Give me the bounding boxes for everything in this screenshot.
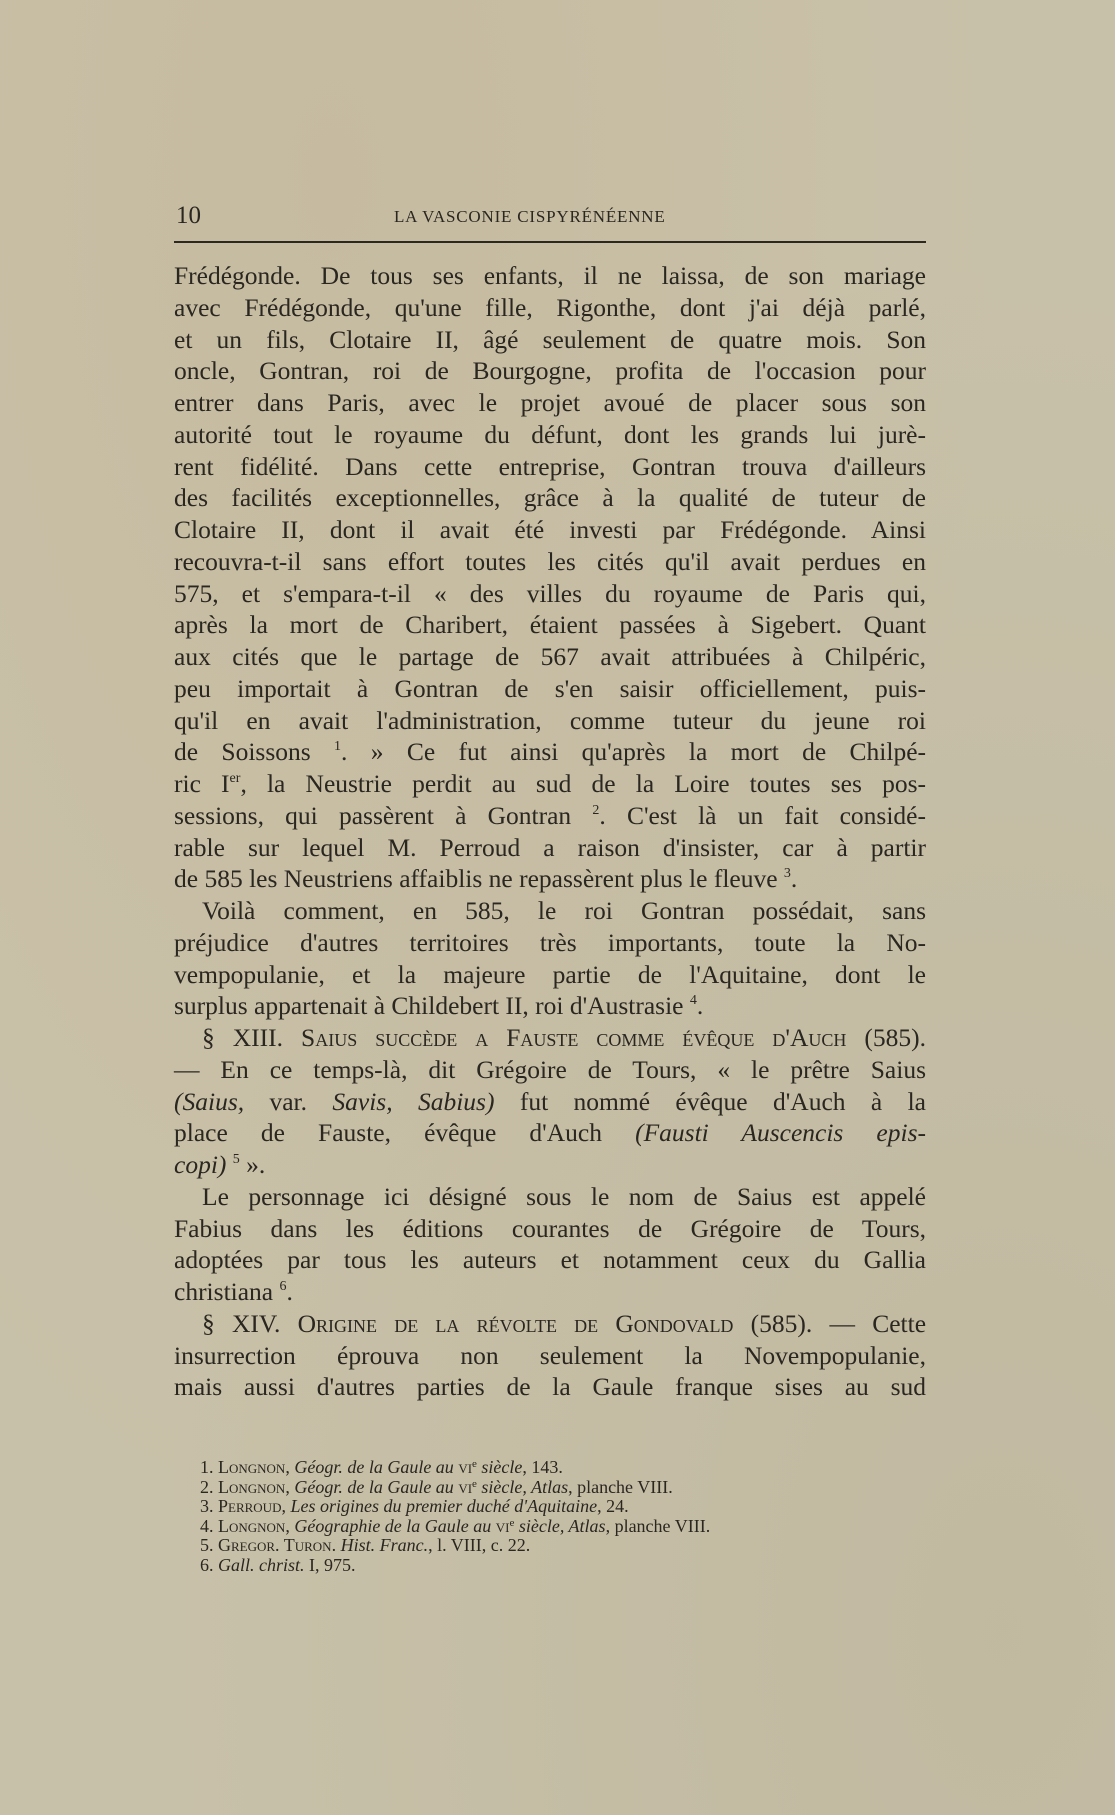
footnote-rest: , l. VIII, c. 22.: [428, 1535, 530, 1555]
footnote-title: siècle: [481, 1457, 522, 1477]
text-run: place de Fauste, évêque d'Auch: [174, 1118, 635, 1147]
text-run: .: [791, 864, 797, 893]
footnote-title: siècle, Atlas: [481, 1477, 568, 1497]
text-line: des facilités exceptionnelles, grâce à l…: [174, 482, 926, 514]
text-line: vempopulanie, et la majeure partie de l'…: [174, 959, 926, 991]
century: vi: [496, 1516, 510, 1536]
italic-run: copi): [174, 1150, 226, 1179]
italic-run: (Saius,: [174, 1087, 244, 1116]
century: vi: [458, 1477, 472, 1497]
text-line: préjudice d'autres territoires très impo…: [174, 927, 926, 959]
running-title: LA VASCONIE CISPYRÉNÉENNE: [394, 207, 666, 227]
body-text: Frédégonde. De tous ses enfants, il ne l…: [174, 260, 926, 1403]
text-line: surplus appartenait à Childebert II, roi…: [174, 990, 926, 1022]
footnote-5: 5. Gregor. Turon. Hist. Franc., l. VIII,…: [200, 1536, 920, 1556]
footnote-author: Longnon: [218, 1516, 285, 1536]
text-run: . C'est là un fait considé-: [599, 801, 926, 830]
text-line: mais aussi d'autres parties de la Gaule …: [174, 1371, 926, 1403]
footnote-author: Perroud: [218, 1496, 281, 1516]
section-number: § XIII.: [202, 1023, 283, 1052]
footnote-title: Géographie de la Gaule au: [294, 1516, 491, 1536]
text-line: peu importait à Gontran de s'en saisir o…: [174, 673, 926, 705]
century: vi: [458, 1457, 472, 1477]
text-line: (Saius, var. Savis, Sabius) fut nommé év…: [174, 1086, 926, 1118]
footnote-ref[interactable]: 3: [784, 866, 791, 881]
text-run: de 585 les Neustriens affaiblis ne repas…: [174, 864, 778, 893]
ordinal-superscript: er: [230, 771, 241, 786]
text-line: autorité tout le royaume du défunt, dont…: [174, 419, 926, 451]
footnote-title: Hist. Franc.: [341, 1535, 429, 1555]
text-line: aux cités que le partage de 567 avait at…: [174, 641, 926, 673]
section-year: (585).: [864, 1023, 926, 1052]
footnote-ref[interactable]: 1: [334, 739, 341, 754]
section-number: § XIV.: [202, 1309, 280, 1338]
text-line: Frédégonde. De tous ses enfants, il ne l…: [174, 260, 926, 292]
section-title: Origine de la révolte de Gondovald: [298, 1309, 734, 1338]
text-line: rable sur lequel M. Perroud a raison d'i…: [174, 832, 926, 864]
century-sup: e: [510, 1517, 515, 1529]
italic-run: (Fausti Auscencis epis-: [635, 1118, 926, 1147]
footnote-1: 1. Longnon, Géogr. de la Gaule au vie si…: [200, 1458, 920, 1478]
text-line: christiana 6.: [174, 1276, 926, 1308]
section-heading-xiv: § XIV. Origine de la révolte de Gondoval…: [174, 1308, 926, 1340]
footnote-ref[interactable]: 5: [233, 1152, 240, 1167]
footnote-6: 6. Gall. christ. I, 975.: [200, 1556, 920, 1576]
footnote-number: 3.: [200, 1496, 214, 1516]
text-line: Clotaire II, dont il avait été investi p…: [174, 514, 926, 546]
page-number: 10: [176, 202, 201, 230]
footnote-rest: , 143.: [522, 1457, 563, 1477]
footnote-author: Longnon: [218, 1477, 285, 1497]
text-line: recouvra-t-il sans effort toutes les cit…: [174, 546, 926, 578]
footnote-number: 4.: [200, 1516, 214, 1536]
footnote-rest: , planche VIII.: [606, 1516, 711, 1536]
footnote-author: Longnon: [218, 1457, 285, 1477]
running-head: 10 LA VASCONIE CISPYRÉNÉENNE: [176, 200, 926, 230]
text-run: ric I: [174, 769, 230, 798]
text-run: — Cette: [829, 1309, 926, 1338]
section-year: (585).: [751, 1309, 813, 1338]
text-line: oncle, Gontran, roi de Bourgogne, profit…: [174, 355, 926, 387]
footnote-title: Géogr. de la Gaule au: [294, 1477, 453, 1497]
text-run: surplus appartenait à Childebert II, roi…: [174, 991, 684, 1020]
text-line: insurrection éprouva non seulement la No…: [174, 1340, 926, 1372]
footnote-2: 2. Longnon, Géogr. de la Gaule au vie si…: [200, 1478, 920, 1498]
text-run: var.: [244, 1087, 332, 1116]
paragraph-first-line: Voilà comment, en 585, le roi Gontran po…: [174, 895, 926, 927]
footnote-rest: , planche VIII.: [568, 1477, 673, 1497]
footnote-number: 2.: [200, 1477, 214, 1497]
footnote-title: Gall. christ.: [218, 1555, 305, 1575]
text-run: . » Ce fut ainsi qu'après la mort de Chi…: [341, 737, 926, 766]
text-line: — En ce temps-là, dit Grégoire de Tours,…: [174, 1054, 926, 1086]
footnote-title: Les origines du premier duché d'Aquitain…: [290, 1496, 597, 1516]
text-line: qu'il en avait l'administration, comme t…: [174, 705, 926, 737]
footnote-number: 1.: [200, 1457, 214, 1477]
text-run: .: [287, 1277, 293, 1306]
footnote-number: 6.: [200, 1555, 214, 1575]
footnote-author: Gregor. Turon.: [218, 1535, 336, 1555]
footnote-3: 3. Perroud, Les origines du premier duch…: [200, 1497, 920, 1517]
century-sup: e: [472, 1458, 477, 1470]
footnote-rest: , 24.: [597, 1496, 629, 1516]
footnote-ref[interactable]: 4: [690, 993, 697, 1008]
text-line: place de Fauste, évêque d'Auch (Fausti A…: [174, 1117, 926, 1149]
text-run: fut nommé évêque d'Auch à la: [494, 1087, 926, 1116]
footnotes: 1. Longnon, Géogr. de la Gaule au vie si…: [200, 1458, 920, 1576]
text-line: adoptées par tous les auteurs et notamme…: [174, 1244, 926, 1276]
text-line: de 585 les Neustriens affaiblis ne repas…: [174, 863, 926, 895]
footnote-rest: I, 975.: [305, 1555, 356, 1575]
footnote-title: Géogr. de la Gaule au: [294, 1457, 453, 1477]
paragraph-first-line: Le personnage ici désigné sous le nom de…: [174, 1181, 926, 1213]
text-line: après la mort de Charibert, étaient pass…: [174, 609, 926, 641]
text-line: ric Ier, la Neustrie perdit au sud de la…: [174, 768, 926, 800]
book-page: 10 LA VASCONIE CISPYRÉNÉENNE Frédégonde.…: [0, 0, 1115, 1815]
century-sup: e: [472, 1478, 477, 1490]
text-line: rent fidélité. Dans cette entreprise, Go…: [174, 451, 926, 483]
text-run: ».: [240, 1150, 266, 1179]
text-run: .: [697, 991, 703, 1020]
footnote-ref[interactable]: 6: [280, 1279, 287, 1294]
footnote-title: siècle, Atlas: [519, 1516, 606, 1536]
section-heading-xiii: § XIII. Saius succède a Fauste comme évê…: [174, 1022, 926, 1054]
text-line: de Soissons 1. » Ce fut ainsi qu'après l…: [174, 736, 926, 768]
text-line: 575, et s'empara-t-il « des villes du ro…: [174, 578, 926, 610]
italic-run: Savis, Sabius): [332, 1087, 494, 1116]
footnote-4: 4. Longnon, Géographie de la Gaule au vi…: [200, 1517, 920, 1537]
section-title: Saius succède a Fauste comme évêque d'Au…: [301, 1023, 846, 1052]
text-run: , la Neustrie perdit au sud de la Loire …: [240, 769, 926, 798]
text-line: et un fils, Clotaire II, âgé seulement d…: [174, 324, 926, 356]
footnote-number: 5.: [200, 1535, 214, 1555]
text-line: Fabius dans les éditions courantes de Gr…: [174, 1213, 926, 1245]
text-line: copi) 5 ».: [174, 1149, 926, 1181]
text-run: christiana: [174, 1277, 273, 1306]
text-line: entrer dans Paris, avec le projet avoué …: [174, 387, 926, 419]
text-line: avec Frédégonde, qu'une fille, Rigonthe,…: [174, 292, 926, 324]
header-rule: [174, 241, 926, 243]
text-run: de Soissons: [174, 737, 311, 766]
text-run: sessions, qui passèrent à Gontran: [174, 801, 571, 830]
text-line: sessions, qui passèrent à Gontran 2. C'e…: [174, 800, 926, 832]
